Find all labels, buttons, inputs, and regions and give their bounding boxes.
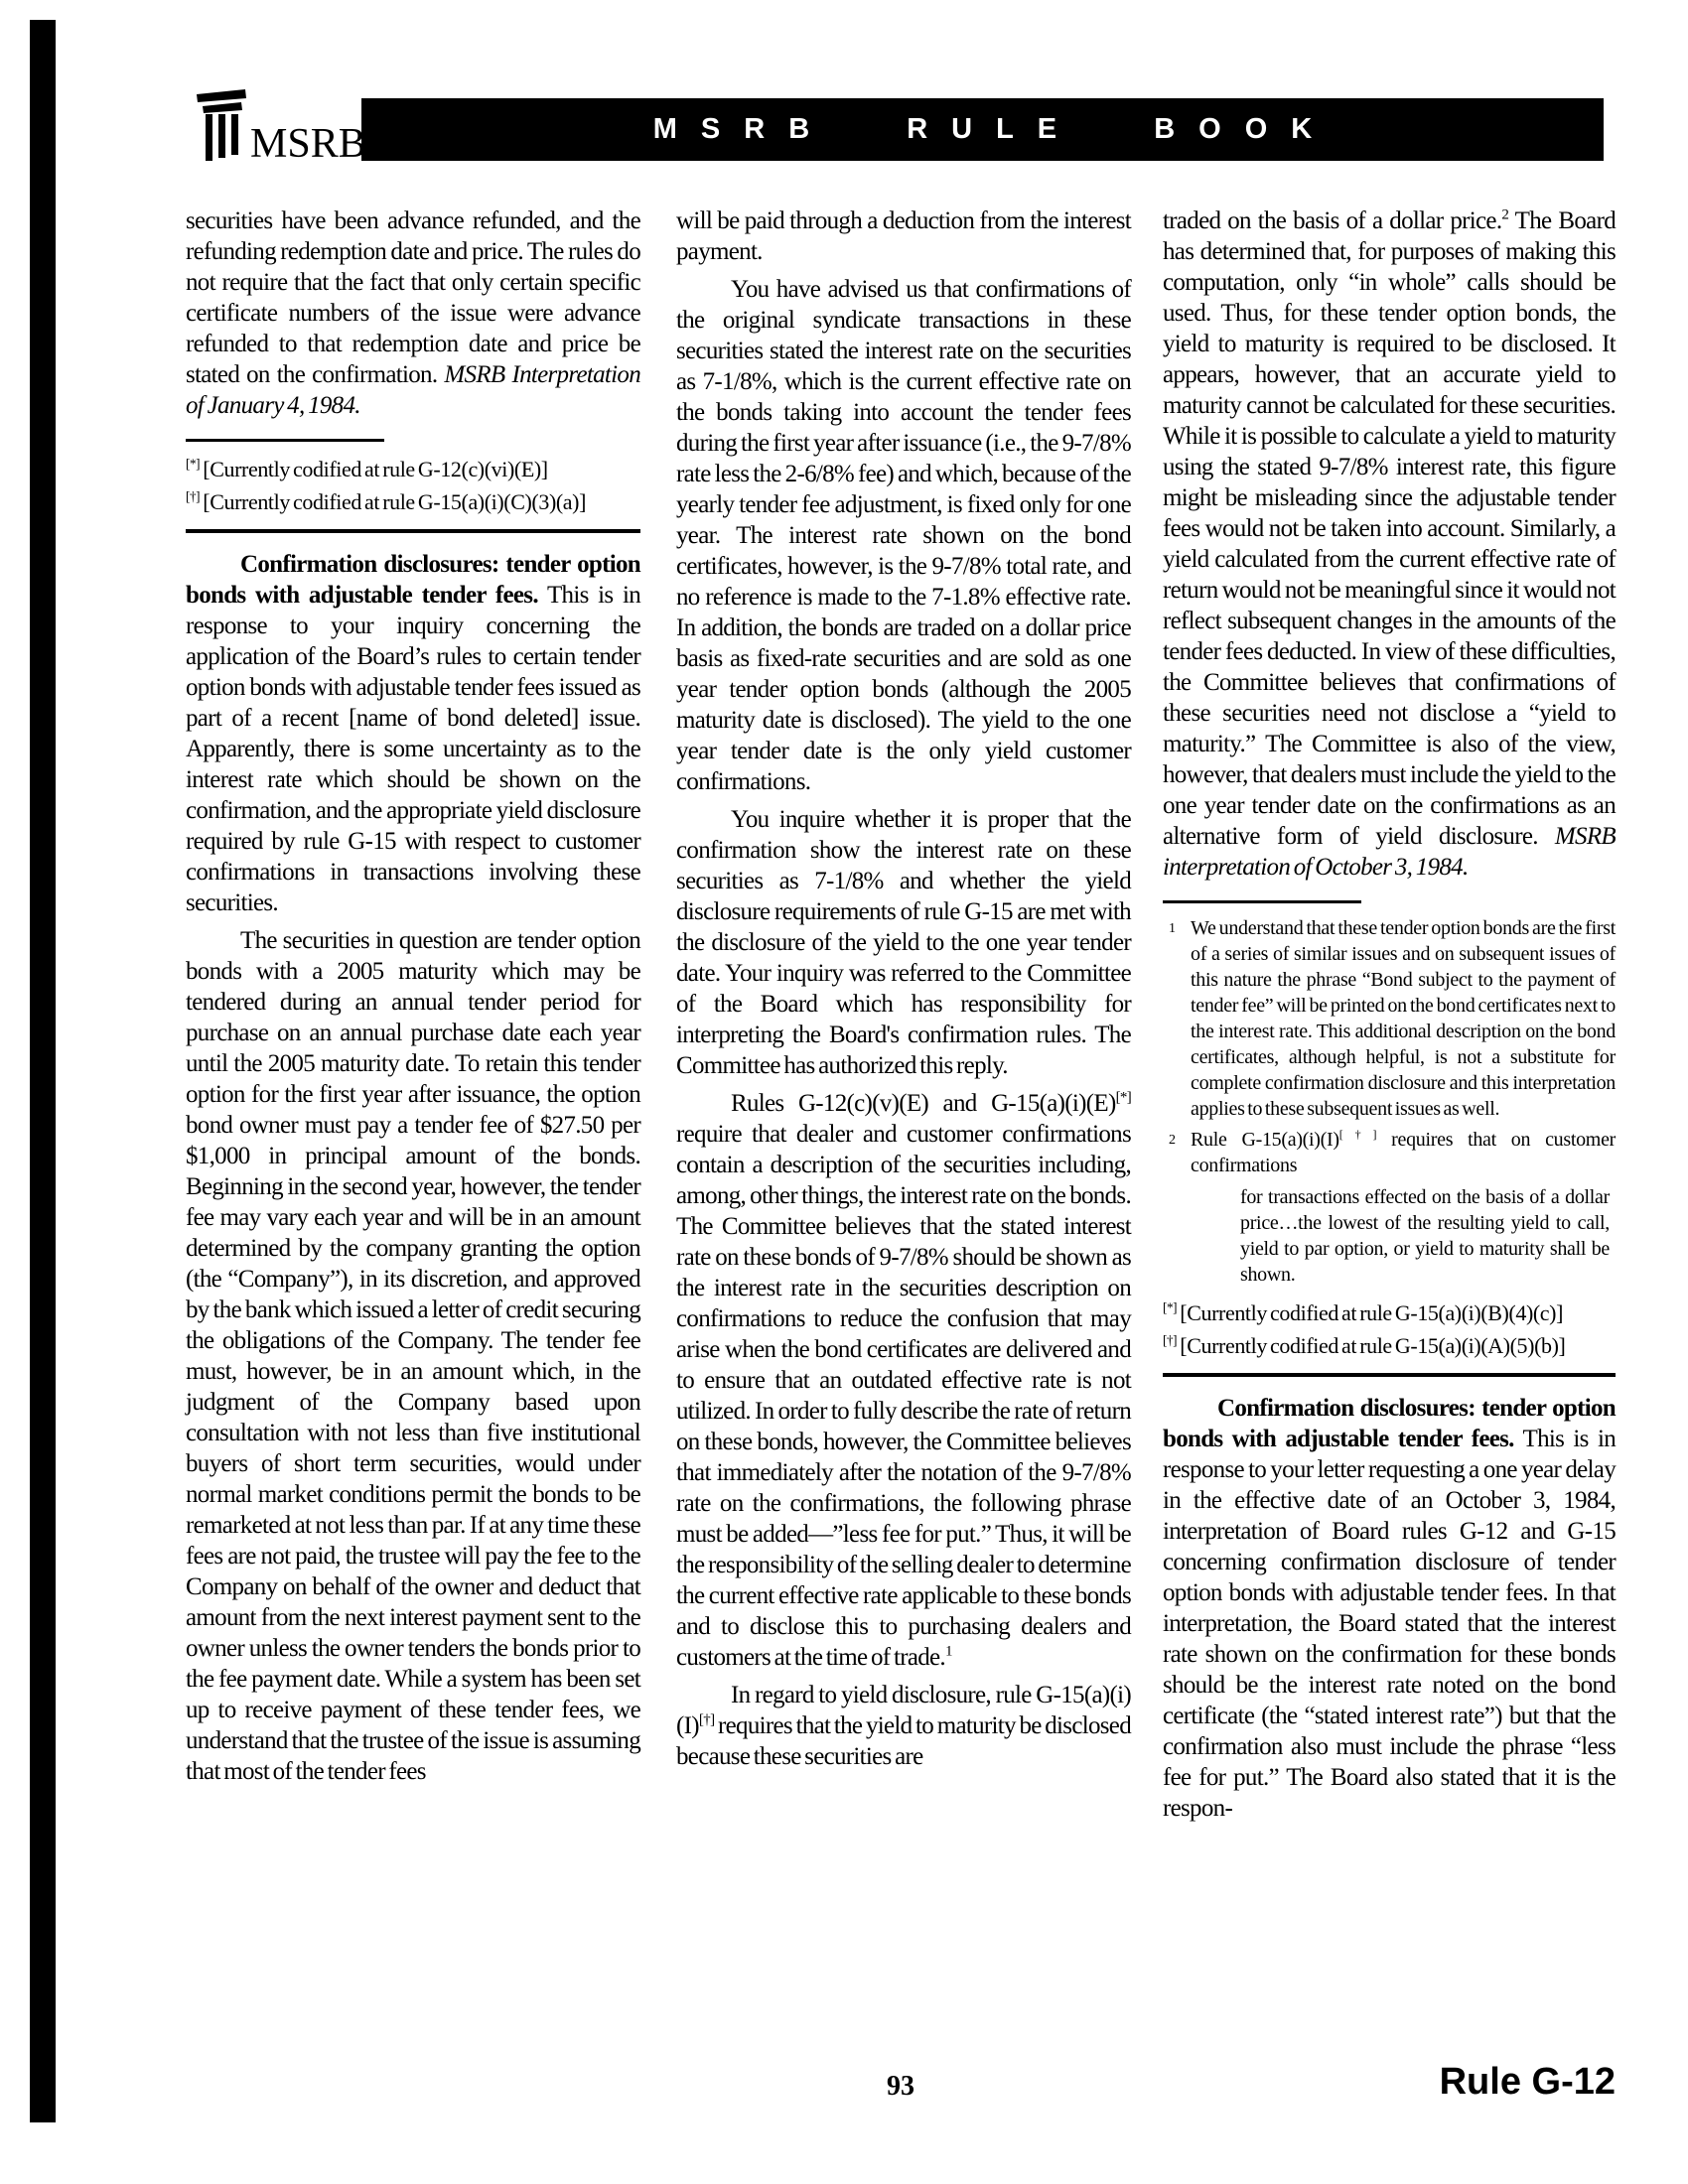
codification-footnote: [*] [Currently codified at rule G-12(c)(… — [186, 454, 640, 484]
msrb-logo: MSRB — [196, 89, 366, 161]
column-2: will be paid through a deduction from th… — [676, 205, 1131, 1779]
paragraph: Confirmation disclosures: tender option … — [186, 549, 640, 918]
section-divider-rule — [186, 529, 640, 533]
footnote-text: We understand that these tender option b… — [1191, 915, 1616, 1122]
footnote-text: [Currently codified at rule G-15(a)(i)(C… — [203, 489, 586, 514]
body-text: This is in response to your inquiry conc… — [186, 582, 640, 916]
footnote-quote-block: for transactions effected on the basis o… — [1240, 1184, 1610, 1288]
paragraph-continuation: traded on the basis of a dollar price.2 … — [1163, 205, 1616, 883]
paragraph: The securities in question are tender op… — [186, 925, 640, 1787]
body-text: require that dealer and customer confirm… — [676, 1121, 1131, 1671]
footnote-separator-rule — [186, 439, 384, 442]
body-text: Rules G-12(c)(v)(E) and G-15(a)(i)(E) — [731, 1090, 1116, 1117]
codification-footnote: [*] [Currently codified at rule G-15(a)(… — [1163, 1297, 1616, 1328]
paragraph-continuation: will be paid through a deduction from th… — [676, 205, 1131, 267]
column-icon — [196, 89, 247, 161]
body-text: This is in response to your letter reque… — [1163, 1426, 1616, 1822]
paragraph: You have advised us that confirmations o… — [676, 274, 1131, 797]
codification-footnote: [†] [Currently codified at rule G-15(a)(… — [186, 486, 640, 517]
paragraph: In regard to yield disclosure, rule G-15… — [676, 1680, 1131, 1772]
footnote: 1 We understand that these tender option… — [1163, 915, 1616, 1122]
msrb-logo-text: MSRB — [250, 128, 366, 161]
footnote-marker: [†] — [186, 489, 200, 504]
banner-title: MSRB RULE BOOK — [630, 113, 1336, 146]
paragraph: Confirmation disclosures: tender option … — [1163, 1393, 1616, 1824]
footnote-marker: [†] — [1163, 1333, 1177, 1348]
footnote-text: [Currently codified at rule G-15(a)(i)(A… — [1180, 1333, 1565, 1358]
body-text: traded on the basis of a dollar price. — [1163, 207, 1501, 234]
footnote-text-segment: Rule G-15(a)(i)(I) — [1191, 1129, 1339, 1151]
footnote-reference: 1 — [945, 1644, 952, 1660]
footnote: 2 Rule G-15(a)(i)(I)[†] requires that on… — [1163, 1127, 1616, 1178]
footnote-marker: 1 — [1163, 915, 1191, 1122]
footnote-marker: [*] — [186, 457, 200, 472]
footnote-marker: 2 — [1163, 1127, 1191, 1178]
page-number: 93 — [676, 2071, 1125, 2103]
left-margin-bar — [30, 20, 56, 2122]
document-page: MSRB MSRB RULE BOOK securities have been… — [0, 0, 1688, 2184]
column-1: securities have been advance refunded, a… — [186, 205, 640, 1794]
footnote-reference: [†] — [699, 1712, 715, 1728]
body-text: The Board has determined that, for purpo… — [1163, 207, 1616, 850]
footnote-marker: [*] — [1163, 1300, 1177, 1315]
rule-label: Rule G-12 — [1163, 2061, 1616, 2104]
footnote-reference: [†] — [1339, 1127, 1377, 1141]
paragraph-continuation: securities have been advance refunded, a… — [186, 205, 640, 421]
footnote-text: Rule G-15(a)(i)(I)[†] requires that on c… — [1191, 1127, 1616, 1178]
rule-book-banner: MSRB RULE BOOK — [361, 98, 1604, 161]
footnote-text: [Currently codified at rule G-15(a)(i)(B… — [1180, 1300, 1563, 1325]
body-text: requires that the yield to maturity be d… — [676, 1712, 1131, 1770]
paragraph: Rules G-12(c)(v)(E) and G-15(a)(i)(E)[*]… — [676, 1088, 1131, 1673]
codification-footnote: [†] [Currently codified at rule G-15(a)(… — [1163, 1330, 1616, 1361]
section-divider-rule — [1163, 1373, 1616, 1377]
footnote-separator-rule — [1163, 900, 1361, 903]
footnote-text: [Currently codified at rule G-12(c)(vi)(… — [203, 457, 547, 481]
column-3: traded on the basis of a dollar price.2 … — [1163, 205, 1616, 1831]
paragraph: You inquire whether it is proper that th… — [676, 804, 1131, 1081]
footnote-reference: [*] — [1116, 1090, 1131, 1106]
